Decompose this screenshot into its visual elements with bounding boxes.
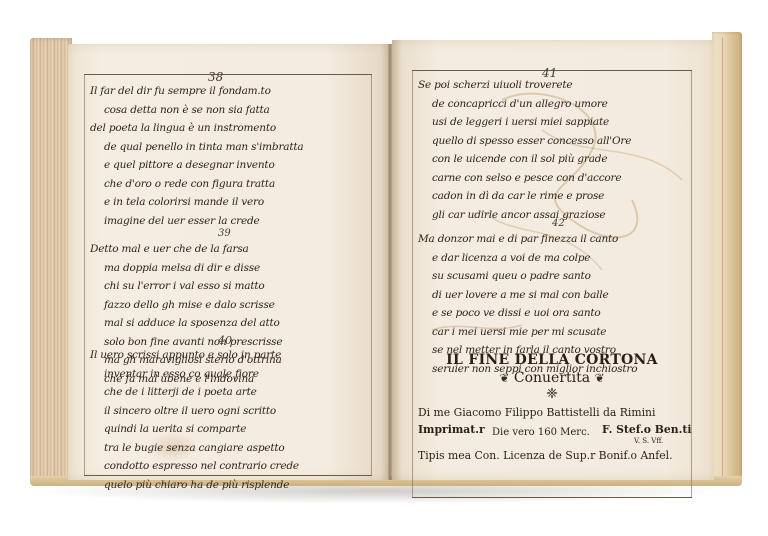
stanza-40: Il uero scrissi appunto e solo in parte … bbox=[90, 346, 299, 494]
text-line: ma doppia melsa di dir e disse bbox=[90, 259, 282, 278]
stanza-38: Il far del dir fu sempre il fondam.to co… bbox=[90, 82, 303, 230]
text-line: quello di spesso esser concesso all'Ore bbox=[418, 132, 631, 151]
text-line: Il far del dir fu sempre il fondam.to bbox=[90, 82, 303, 101]
flourish-ornament-icon: ❦ bbox=[595, 371, 605, 385]
text-line: quindi la uerita si comparte bbox=[90, 420, 299, 439]
colophon: IL FINE DELLA CORTONA ❦ Conuertita ❦ ❈ D… bbox=[412, 352, 692, 462]
text-line: con le uicende con il sol più grade bbox=[418, 150, 631, 169]
text-line: e dar licenza a voi de ma colpe bbox=[418, 249, 637, 268]
text-line: Detto mal e uer che de la farsa bbox=[90, 240, 282, 259]
stanza-41: Se poi scherzi uiuoli troverete de conca… bbox=[418, 76, 631, 224]
text-line: de concapricci d'un allegro umore bbox=[418, 95, 631, 114]
author-line: Di me Giacomo Filippo Battistelli da Rim… bbox=[412, 406, 692, 419]
text-line: e quel pittore a desegnar invento bbox=[90, 156, 303, 175]
text-line: car i mei uersi mie per mi scusate bbox=[418, 323, 637, 342]
text-line: che d'oro o rede con figura tratta bbox=[90, 175, 303, 194]
folio-number: 39 bbox=[218, 228, 231, 239]
text-line: mal si adduce la sposenza del atto bbox=[90, 314, 282, 333]
colophon-subtitle-row: ❦ Conuertita ❦ bbox=[412, 370, 692, 386]
imprimatur-date: Die vero 160 Merc. bbox=[492, 427, 590, 438]
license-line: Tipis mea Con. Licenza de Sup.r Bonif.o … bbox=[412, 449, 692, 462]
text-line: de qual penello in tinta man s'imbratta bbox=[90, 138, 303, 157]
text-line: gli car udirle ancor assai graziose bbox=[418, 206, 631, 225]
text-line: fazzo dello gh mise e dalo scrisse bbox=[90, 296, 282, 315]
text-line: inventar in esso co quale fiore bbox=[90, 365, 299, 384]
imprimatur-note: V. S. Vff. bbox=[634, 437, 663, 445]
text-line: e se poco ve dissi e uoi ora santo bbox=[418, 304, 637, 323]
text-line: Se poi scherzi uiuoli troverete bbox=[418, 76, 631, 95]
imprimatur-row: Imprimat.r Die vero 160 Merc. F. Stef.o … bbox=[412, 423, 692, 443]
right-page-edges bbox=[712, 32, 742, 484]
left-page: 38 Il far del dir fu sempre il fondam.to… bbox=[68, 44, 390, 480]
colophon-title: IL FINE DELLA CORTONA bbox=[412, 352, 692, 368]
right-frame-margin bbox=[371, 75, 372, 475]
text-line: cosa detta non è se non sia fatta bbox=[90, 101, 303, 120]
imprimatur-label: Imprimat.r bbox=[418, 423, 485, 436]
colophon-subtitle: Conuertita bbox=[514, 370, 590, 386]
text-line: su scusami queu o padre santo bbox=[418, 267, 637, 286]
text-line: chi su l'error i val esso si matto bbox=[90, 277, 282, 296]
text-line: condotto espresso nel contrario crede bbox=[90, 457, 299, 476]
text-line: cadon in dì da car le rime e prose bbox=[418, 187, 631, 206]
text-line: del poeta la lingua è un instromento bbox=[90, 119, 303, 138]
text-line: usi de leggeri i uersi miei sappiate bbox=[418, 113, 631, 132]
center-ornament-icon: ❈ bbox=[412, 386, 692, 402]
text-line: carne con selso e pesce con d'accore bbox=[418, 169, 631, 188]
text-line: Il uero scrissi appunto e solo in parte bbox=[90, 346, 299, 365]
text-line: e in tela colorirsi mande il vero bbox=[90, 193, 303, 212]
text-line: di uer lovere a me si mal con balle bbox=[418, 286, 637, 305]
text-line: Ma donzor mai e di par finezza il canto bbox=[418, 230, 637, 249]
text-line: tra le bugie senza cangiare aspetto bbox=[90, 439, 299, 458]
text-line: il sincero oltre il uero ogni scritto bbox=[90, 402, 299, 421]
imprimatur-signer: F. Stef.o Ben.ti bbox=[602, 423, 691, 436]
text-line: che de i litterji de i poeta arte bbox=[90, 383, 299, 402]
text-line: quelo più chiaro ha de più risplende bbox=[90, 476, 299, 495]
left-frame-margin bbox=[84, 75, 85, 475]
text-line: imagine del uer esser la crede bbox=[90, 212, 303, 231]
right-page: 41 Se poi scherzi uiuoli troverete de co… bbox=[392, 40, 714, 480]
folio-number: 42 bbox=[552, 218, 565, 229]
flourish-ornament-icon: ❦ bbox=[499, 371, 509, 385]
left-page-edges bbox=[30, 38, 72, 484]
